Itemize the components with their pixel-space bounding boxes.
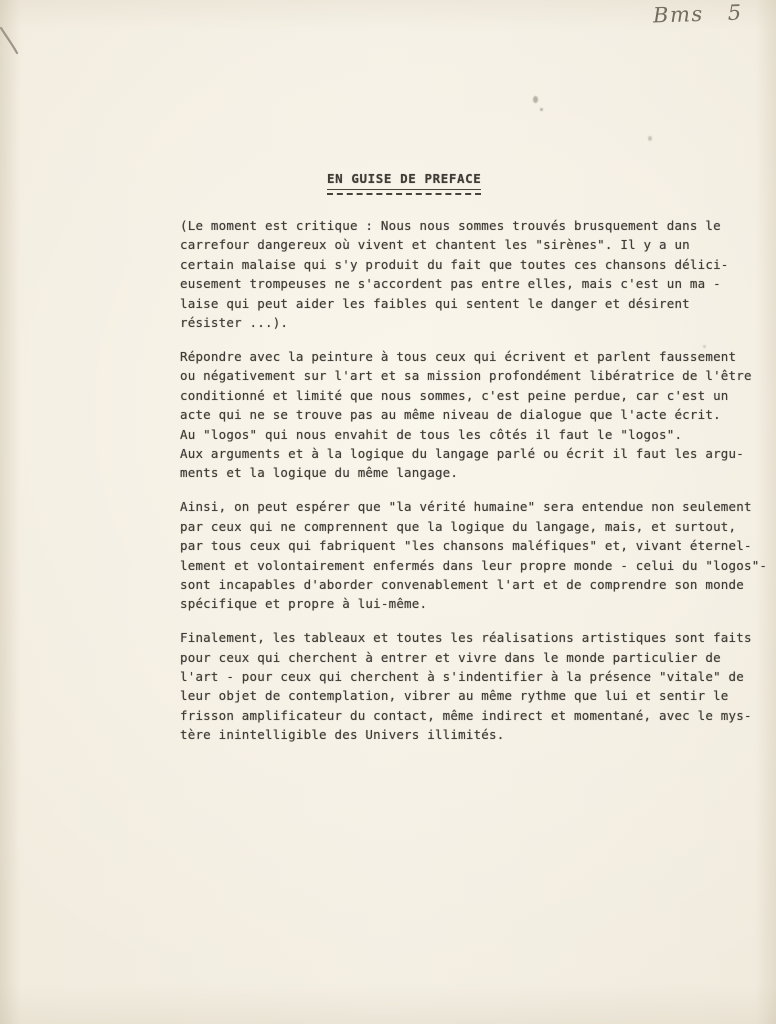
- paragraph-finalement: Finalement, les tableaux et toutes les r…: [180, 628, 765, 744]
- handwritten-annotation: Bms 5: [653, 0, 743, 27]
- ink-speck: [648, 136, 652, 141]
- scanned-page: Bms 5 EN GUISE DE PREFACE (Le moment est…: [0, 0, 776, 1024]
- ink-speck: [540, 108, 543, 111]
- paragraph-ainsi: Ainsi, on peut espérer que "la vérité hu…: [180, 497, 765, 613]
- paragraph-preface-note: (Le moment est critique : Nous nous somm…: [180, 216, 765, 332]
- ink-speck: [533, 96, 538, 103]
- document-body: (Le moment est critique : Nous nous somm…: [180, 216, 765, 759]
- document-title: EN GUISE DE PREFACE: [327, 169, 481, 195]
- document-title-text: EN GUISE DE PREFACE: [327, 169, 481, 190]
- pen-stroke-mark: [0, 26, 26, 60]
- paragraph-repondre: Répondre avec la peinture à tous ceux qu…: [180, 347, 765, 483]
